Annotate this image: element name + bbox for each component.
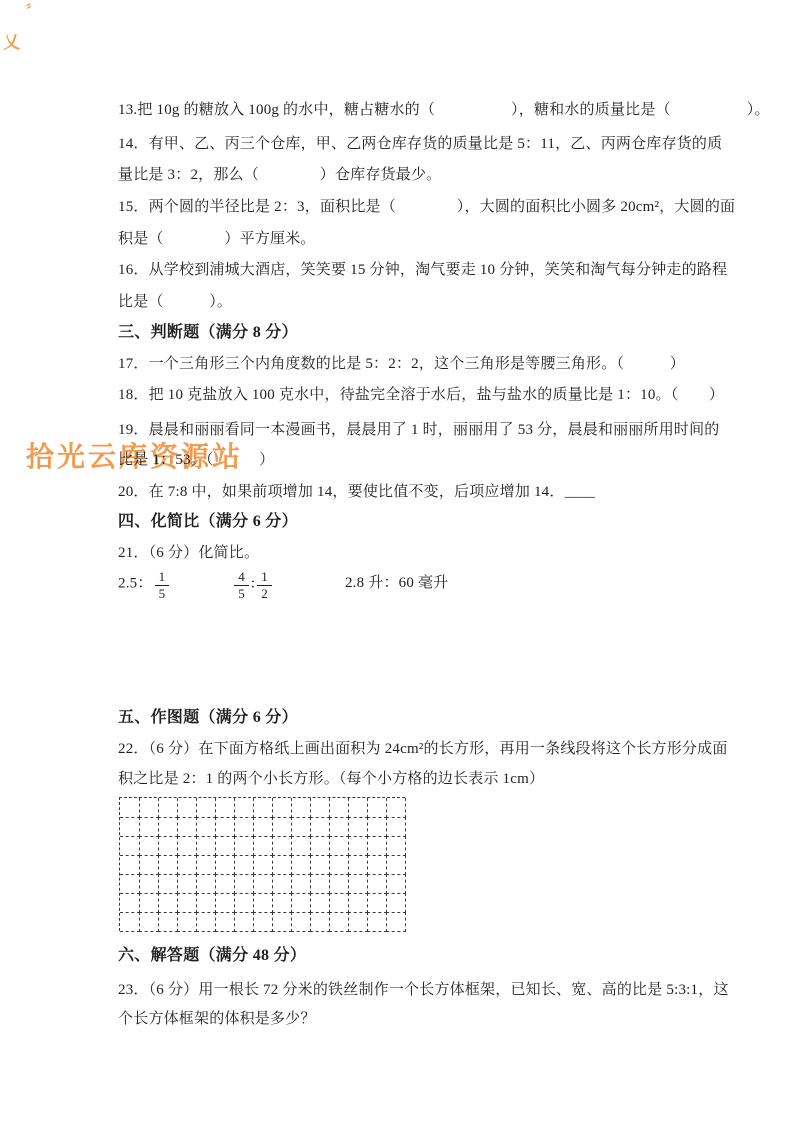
question-23-line1: 23．（6 分）用一根长 72 分米的铁丝制作一个长方体框架，已知长、宽、高的比… <box>118 979 718 1001</box>
grid-cell <box>253 893 273 913</box>
grid-cell <box>272 912 292 932</box>
grid-cell <box>310 912 330 932</box>
grid-cell <box>386 798 406 818</box>
grid-cell <box>253 798 273 818</box>
question-23-line2: 个长方体框架的体积是多少？ <box>118 1008 718 1030</box>
grid-cell <box>367 817 387 837</box>
question-14-line1: 14．有甲、乙、丙三个仓库，甲、乙两仓库存货的质量比是 5：11，乙、丙两仓库存… <box>118 133 718 155</box>
exam-page: 13.把 10g 的糖放入 100g 的水中，糖占糖水的（ ），糖和水的质量比是… <box>0 0 793 1122</box>
grid-cell <box>120 855 140 875</box>
question-22-line1: 22．（6 分）在下面方格纸上画出面积为 24cm²的长方形，再用一条线段将这个… <box>118 738 718 760</box>
grid-cell <box>367 893 387 913</box>
grid-cell <box>253 817 273 837</box>
grid-cell <box>177 798 197 818</box>
grid-cell <box>196 912 216 932</box>
grid-cell <box>139 836 159 856</box>
grid-cell <box>234 836 254 856</box>
grid-cell <box>234 798 254 818</box>
grid-cell <box>291 912 311 932</box>
grid-cell <box>329 874 349 894</box>
ratio-item-3: 2.8 升：60 毫升 <box>345 572 448 594</box>
grid-cell <box>196 798 216 818</box>
grid-cell <box>120 798 140 818</box>
grid-cell <box>177 912 197 932</box>
question-20: 20．在 7:8 中，如果前项增加 14，要使比值不变，后项应增加 14．___… <box>118 481 718 503</box>
grid-cell <box>310 855 330 875</box>
ratio-item-2-colon: : <box>251 575 255 591</box>
grid-cell <box>272 798 292 818</box>
grid-cell <box>348 798 368 818</box>
grid-cell <box>272 836 292 856</box>
grid-cell <box>234 912 254 932</box>
grid-cell <box>139 817 159 837</box>
grid-cell <box>386 912 406 932</box>
ratio-item-2: 45:12 <box>232 570 274 602</box>
question-15-line2: 积是（ ）平方厘米。 <box>118 228 718 250</box>
grid-cell <box>272 874 292 894</box>
question-18: 18．把 10 克盐放入 100 克水中，待盐完全溶于水后，盐与盐水的质量比是 … <box>118 384 718 406</box>
section-solve-heading: 六、解答题（满分 48 分） <box>118 945 718 967</box>
corner-mark-left: 乂 <box>3 28 20 53</box>
grid-cell <box>291 893 311 913</box>
grid-cell <box>139 855 159 875</box>
grid-cell <box>215 912 235 932</box>
grid-cell <box>329 798 349 818</box>
grid-cell <box>329 893 349 913</box>
corner-mark-top: 〞 <box>26 0 39 19</box>
grid-cell <box>158 836 178 856</box>
grid-cell <box>291 836 311 856</box>
grid-cell <box>329 912 349 932</box>
grid-cell <box>120 912 140 932</box>
grid-cell <box>158 893 178 913</box>
grid-cell <box>291 874 311 894</box>
grid-cell <box>177 817 197 837</box>
fraction-four-fifths: 45 <box>234 570 249 602</box>
grid-cell <box>234 855 254 875</box>
grid-cell <box>234 893 254 913</box>
grid-cell <box>177 874 197 894</box>
question-15-line1: 15．两个圆的半径比是 2：3，面积比是（ ），大圆的面积比小圆多 20cm²，… <box>118 196 718 218</box>
grid-cell <box>272 855 292 875</box>
grid-cell <box>120 893 140 913</box>
grid-cell <box>234 817 254 837</box>
grid-cell <box>196 893 216 913</box>
grid-cell <box>215 836 235 856</box>
grid-cell <box>291 817 311 837</box>
grid-cell <box>234 874 254 894</box>
grid-cell <box>386 836 406 856</box>
grid-cell <box>158 798 178 818</box>
grid-cell <box>196 874 216 894</box>
grid-cell <box>158 855 178 875</box>
grid-cell <box>348 817 368 837</box>
grid-cell <box>348 893 368 913</box>
grid-cell <box>215 855 235 875</box>
section-simplify-heading: 四、化简比（满分 6 分） <box>118 511 718 533</box>
grid-cell <box>367 798 387 818</box>
question-17: 17．一个三角形三个内角度数的比是 5：2：2，这个三角形是等腰三角形。（ ） <box>118 353 718 375</box>
grid-paper <box>119 797 405 931</box>
grid-cell <box>348 874 368 894</box>
grid-cell <box>139 798 159 818</box>
grid-cell <box>348 855 368 875</box>
grid-cell <box>367 855 387 875</box>
grid-cell <box>310 817 330 837</box>
grid-cell <box>120 874 140 894</box>
grid-cell <box>158 874 178 894</box>
question-14-line2: 量比是 3：2，那么（ ）仓库存货最少。 <box>118 164 718 186</box>
grid-cell <box>367 874 387 894</box>
question-13: 13.把 10g 的糖放入 100g 的水中，糖占糖水的（ ），糖和水的质量比是… <box>118 99 718 121</box>
grid-cell <box>272 893 292 913</box>
grid-cell <box>215 893 235 913</box>
grid-cell <box>177 855 197 875</box>
grid-cell <box>253 874 273 894</box>
grid-cell <box>310 874 330 894</box>
question-21: 21．（6 分）化简比。 <box>118 542 718 564</box>
fraction-one-fifth: 15 <box>155 570 170 602</box>
grid-cell <box>367 836 387 856</box>
grid-cell <box>139 874 159 894</box>
grid-cell <box>177 836 197 856</box>
grid-cell <box>139 893 159 913</box>
grid-cell <box>367 912 387 932</box>
grid-cell <box>196 817 216 837</box>
grid-cell <box>158 817 178 837</box>
grid-cell <box>196 855 216 875</box>
ratio-item-1-prefix: 2.5： <box>118 575 153 591</box>
question-21-items: 2.5：15 45:12 2.8 升：60 毫升 <box>118 570 718 602</box>
question-16-line2: 比是（ ）。 <box>118 291 718 313</box>
grid-cell <box>196 836 216 856</box>
grid-cell <box>120 817 140 837</box>
grid-cell <box>272 817 292 837</box>
grid-cell <box>215 798 235 818</box>
grid-cell <box>215 817 235 837</box>
question-16-line1: 16．从学校到浦城大酒店，笑笑要 15 分钟，淘气要走 10 分钟，笑笑和淘气每… <box>118 259 718 281</box>
grid-cell <box>386 874 406 894</box>
fraction-one-half: 12 <box>257 570 272 602</box>
grid-cell <box>329 817 349 837</box>
grid-cell <box>215 874 235 894</box>
grid-cell <box>386 855 406 875</box>
grid-cell <box>386 817 406 837</box>
grid-cell <box>386 893 406 913</box>
question-22-line2: 积之比是 2：1 的两个小长方形。（每个小方格的边长表示 1cm） <box>118 768 718 790</box>
grid-cell <box>120 836 140 856</box>
section-judge-heading: 三、判断题（满分 8 分） <box>118 322 718 344</box>
grid-cell <box>329 836 349 856</box>
grid-cell <box>291 855 311 875</box>
grid-cell <box>310 893 330 913</box>
grid-cell <box>310 798 330 818</box>
grid-cell <box>253 912 273 932</box>
ratio-item-1: 2.5：15 <box>118 570 171 602</box>
grid-cell <box>348 912 368 932</box>
grid-cell <box>291 798 311 818</box>
grid-cell <box>253 836 273 856</box>
grid-cell <box>139 912 159 932</box>
grid-cell <box>348 836 368 856</box>
grid-cell <box>253 855 273 875</box>
section-draw-heading: 五、作图题（满分 6 分） <box>118 707 718 729</box>
grid-cell <box>177 893 197 913</box>
grid-cell <box>329 855 349 875</box>
grid-cell <box>158 912 178 932</box>
grid-cell <box>310 836 330 856</box>
watermark-text: 拾光云库资源站 <box>26 435 243 475</box>
